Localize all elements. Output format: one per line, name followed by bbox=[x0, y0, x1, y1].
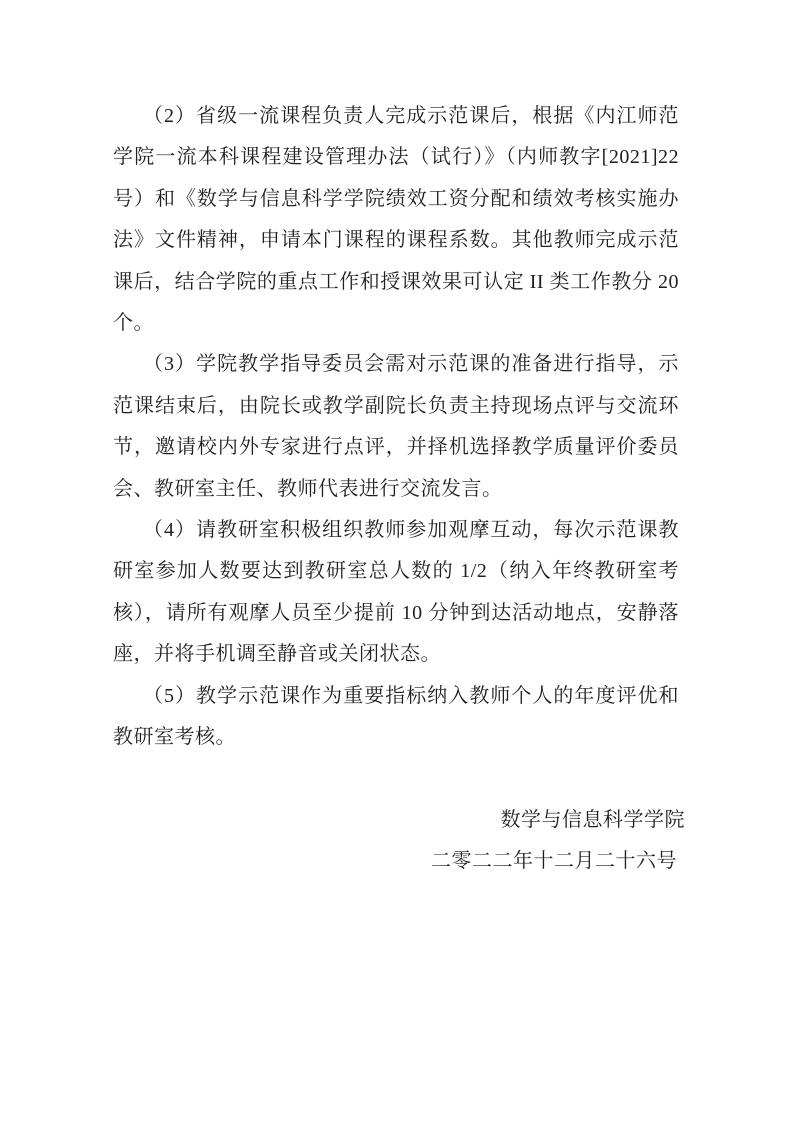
document-page: （2）省级一流课程负责人完成示范课后，根据《内江师范学院一流本科课程建设管理办法… bbox=[0, 0, 793, 1122]
paragraph-5: （5）教学示范课作为重要指标纳入教师个人的年度评优和教研室考核。 bbox=[113, 676, 679, 759]
paragraph-3: （3）学院教学指导委员会需对示范课的准备进行指导，示范课结束后，由院长或教学副院… bbox=[113, 344, 679, 510]
signature-date: 二零二二年十二月二十六号 bbox=[113, 841, 677, 882]
document-body: （2）省级一流课程负责人完成示范课后，根据《内江师范学院一流本科课程建设管理办法… bbox=[113, 96, 679, 883]
paragraph-4: （4）请教研室积极组织教师参加观摩互动，每次示范课教研室参加人数要达到教研室总人… bbox=[113, 510, 679, 676]
signature-organization: 数学与信息科学学院 bbox=[113, 800, 685, 841]
paragraph-2: （2）省级一流课程负责人完成示范课后，根据《内江师范学院一流本科课程建设管理办法… bbox=[113, 96, 679, 344]
signature-block: 数学与信息科学学院 二零二二年十二月二十六号 bbox=[113, 800, 679, 883]
